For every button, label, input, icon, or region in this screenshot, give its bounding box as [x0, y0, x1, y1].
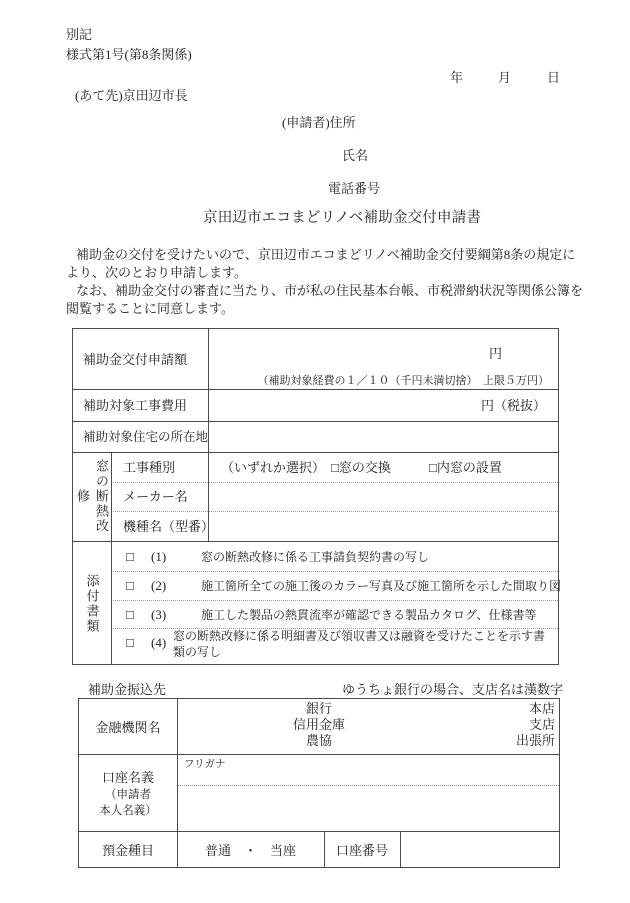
branch-type-suboffice[interactable]: 出張所	[459, 733, 555, 749]
date-day-label: 日	[547, 70, 560, 86]
grid-line	[73, 389, 558, 390]
work-type-option-window-replace[interactable]: □窓の交換	[331, 460, 391, 476]
account-holder-label-line2: （申請者	[105, 786, 151, 802]
intro-line-3: なお、補助金交付の審査に当たり、市が私の住民基本台帳、市税滞納状況等関係公簿を	[76, 283, 583, 299]
main-table: 補助金交付申請額 円 （補助対象経費の１／１０（千円未満切捨） 上限５万円） 補…	[72, 328, 559, 665]
work-type-label: 工事種別	[123, 460, 175, 476]
application-form-page: 別記 様式第1号(第8条関係) 年 月 日 (あて先)京田辺市長 (申請者)住所…	[0, 0, 630, 903]
date-month-label: 月	[498, 70, 511, 86]
transfer-label: 補助金振込先	[88, 682, 166, 698]
checkbox-icon[interactable]: □	[429, 460, 437, 475]
bank-name-input[interactable]	[178, 700, 428, 753]
cost-unit: 円（税抜）	[481, 398, 546, 414]
account-number-input[interactable]	[401, 832, 554, 866]
attachment-4-text: 窓の断熱改修に係る明細書及び領収書又は融資を受けたことを示す書類の写し	[173, 628, 549, 660]
branch-type-head-office[interactable]: 本店	[459, 701, 555, 717]
attachment-2-number: (2)	[151, 578, 166, 594]
grid-line	[73, 541, 558, 542]
transfer-table: 金融機関名 銀行 信用金庫 農協 本店 支店 出張所 口座名義 （申請者 本人名…	[78, 698, 560, 868]
checkbox-icon[interactable]: □	[331, 460, 339, 475]
applicant-name-label: 氏名	[342, 148, 368, 164]
account-holder-input[interactable]	[178, 786, 554, 830]
branch-type-options: 本店 支店 出張所	[459, 701, 555, 749]
attachment-2-text: 施工箇所全ての施工後のカラー写真及び施工箇所を示した間取り図	[201, 579, 561, 593]
attachment-1-text: 窓の断熱改修に係る工事請負契約書の写し	[201, 550, 429, 564]
work-type-option-label: 内窓の設置	[437, 460, 502, 475]
location-label: 補助対象住宅の所在地	[83, 430, 208, 445]
branch-type-branch[interactable]: 支店	[459, 717, 555, 733]
work-type-select-note: （いずれか選択）	[221, 460, 325, 476]
form-note: 別記	[66, 27, 92, 43]
grid-line	[111, 452, 112, 664]
cost-input[interactable]	[209, 422, 489, 450]
model-label: 機種名（型番）	[123, 519, 214, 535]
furigana-label: フリガナ	[184, 759, 225, 772]
checkbox-icon[interactable]: □	[126, 549, 134, 565]
amount-note: （補助対象経費の１／１０（千円未満切捨） 上限５万円）	[258, 375, 550, 388]
attachments-vertical-label: 添付書類	[73, 541, 111, 666]
applicant-phone-label: 電話番号	[328, 181, 380, 197]
attachment-1-number: (1)	[151, 549, 166, 565]
furigana-input[interactable]	[239, 755, 554, 783]
cost-label: 補助対象工事費用	[83, 398, 187, 414]
attachment-3-text: 施工した製品の熱貫流率が確認できる製品カタログ、仕様書等	[201, 608, 537, 622]
work-type-option-label: 窓の交換	[339, 460, 391, 475]
transfer-note: ゆうちょ銀行の場合、支店名は漢数字	[342, 682, 563, 698]
intro-line-2: より、次のとおり申請します。	[66, 265, 247, 281]
model-input[interactable]	[209, 512, 558, 540]
account-holder-label-line1: 口座名義	[102, 767, 154, 786]
date-year-label: 年	[450, 70, 463, 86]
deposit-type-options[interactable]: 普通 ・ 当座	[177, 831, 324, 867]
account-holder-label-line3: 本人名義）	[99, 802, 157, 818]
addressee-label: (あて先)京田辺市長	[75, 88, 188, 104]
grid-line-dotted	[111, 571, 558, 572]
attachment-3-number: (3)	[151, 607, 166, 623]
account-number-label: 口座番号	[324, 831, 400, 867]
checkbox-icon[interactable]: □	[126, 578, 134, 594]
account-holder-label: 口座名義 （申請者 本人名義）	[79, 754, 177, 831]
checkbox-icon[interactable]: □	[126, 607, 134, 623]
window-section-vertical-label: 窓の断熱改修	[73, 452, 111, 541]
deposit-type-label: 預金種目	[79, 831, 177, 867]
work-type-option-inner-window[interactable]: □内窓の設置	[429, 460, 502, 476]
amount-label: 補助金交付申請額	[83, 352, 187, 368]
checkbox-icon[interactable]: □	[126, 635, 134, 651]
attachment-4-number: (4)	[151, 635, 166, 651]
page-title: 京田辺市エコまどリノベ補助金交付申請書	[203, 210, 481, 227]
intro-line-4: 閲覧することに同意します。	[66, 301, 234, 317]
maker-input[interactable]	[209, 483, 558, 510]
intro-line-1: 補助金の交付を受けたいので、京田辺市エコまどリノベ補助金交付要綱第8条の規定に	[76, 247, 575, 263]
bank-name-label: 金融機関名	[79, 699, 177, 754]
form-number: 様式第1号(第8条関係)	[66, 47, 192, 63]
applicant-address-label: (申請者)住所	[282, 115, 356, 131]
amount-input[interactable]	[209, 330, 499, 370]
maker-label: メーカー名	[123, 489, 188, 505]
grid-line-dotted	[111, 600, 558, 601]
